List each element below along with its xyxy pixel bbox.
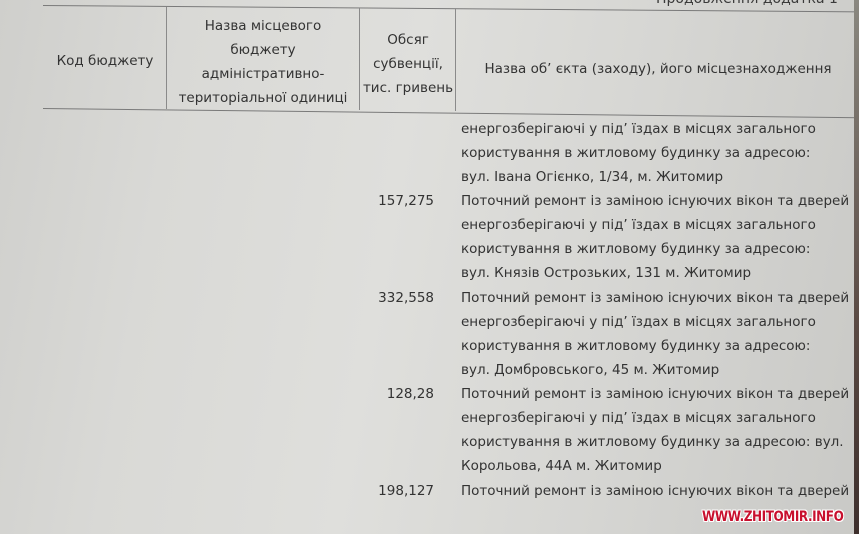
subvention-amount: 128,28: [372, 386, 434, 402]
header-budget-name: Назва місцевого бюджету адміністративно-…: [168, 14, 358, 110]
header-subvention-amount: Обсяг субвенції, тис. гривень: [362, 28, 454, 100]
site-watermark: WWW.ZHITOMIR.INFO: [702, 509, 843, 525]
object-description: Поточний ремонт із заміною існуючих віко…: [461, 382, 856, 478]
object-description: Поточний ремонт із заміною існуючих віко…: [461, 189, 856, 285]
continuation-label: Продовження додатка 1: [656, 0, 838, 7]
subvention-amount: 157,275: [372, 193, 434, 209]
page-edge-shadow: [854, 0, 859, 534]
object-description: Поточний ремонт із заміною існуючих віко…: [461, 479, 856, 503]
object-description: енергозберігаючі у під’ їздах в місцях з…: [461, 117, 856, 189]
subvention-amount: 332,558: [372, 290, 434, 306]
object-description: Поточний ремонт із заміною існуючих віко…: [461, 286, 856, 382]
column-divider: [455, 9, 456, 111]
column-divider: [359, 8, 360, 110]
header-object-name: Назва об’ єкта (заходу), його місцезнахо…: [458, 57, 858, 81]
header-budget-code: Код бюджету: [45, 49, 165, 73]
subvention-amount: 198,127: [372, 483, 434, 499]
column-divider: [166, 7, 167, 109]
